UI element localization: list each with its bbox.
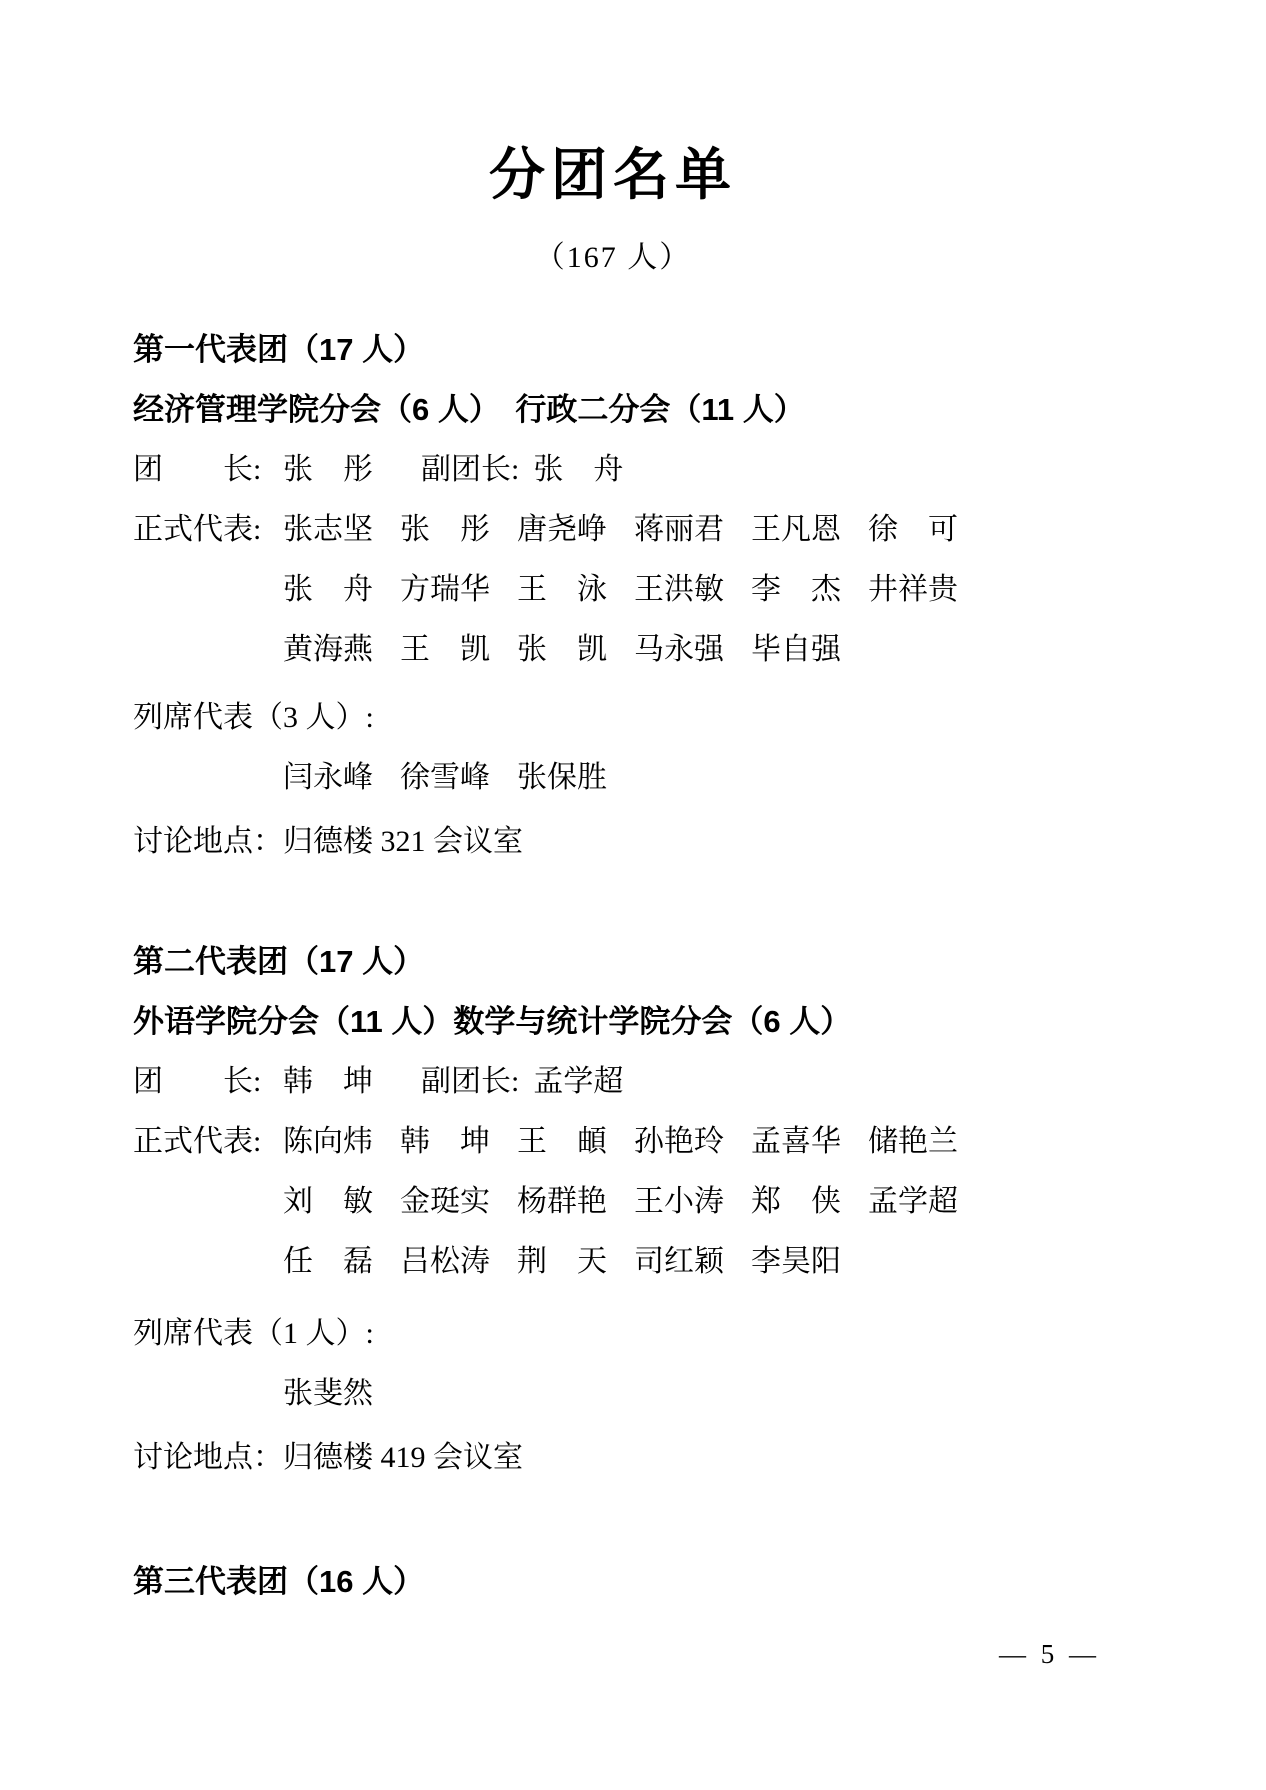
leader-label: 团 长: [133, 1052, 283, 1112]
delegation-1-observer-label: 列席代表（3 人）: [133, 688, 1093, 748]
document-page: 分团名单 （167 人） 第一代表团（17 人） 经济管理学院分会（6 人） 行… [0, 0, 1266, 1790]
location-label: 讨论地点： [133, 812, 283, 872]
delegation-1-location-line: 讨论地点： 归德楼 321 会议室 [133, 812, 1093, 872]
delegate-name: 张 彤 [400, 500, 492, 560]
delegate-name: 刘 敏 [283, 1172, 375, 1232]
name-row: 刘 敏 金珽实 杨群艳 王小涛 郑 侠 孟学超 [283, 1172, 960, 1232]
delegate-name: 蒋丽君 [634, 500, 726, 560]
delegation-2: 第二代表团（17 人） 外语学院分会（11 人）数学与统计学院分会（6 人） 团… [133, 932, 1093, 1488]
name-row: 任 磊 吕松涛 荆 天 司红颖 李昊阳 [283, 1232, 843, 1292]
page-number: — 5 — [999, 1638, 1100, 1670]
delegate-name: 王凡恩 [751, 500, 843, 560]
delegation-1-formal-line-3: 黄海燕 王 凯 张 凯 马永强 毕自强 [283, 620, 1093, 680]
delegate-name: 李昊阳 [751, 1232, 843, 1292]
delegation-2-observer-names: 张斐然 [283, 1364, 1093, 1424]
delegate-name: 张 舟 [283, 560, 375, 620]
name-row: 黄海燕 王 凯 张 凯 马永强 毕自强 [283, 620, 843, 680]
location-label: 讨论地点： [133, 1428, 283, 1488]
name-row: 张志坚 张 彤 唐尧峥 蒋丽君 王凡恩 徐 可 [283, 500, 960, 560]
observer-label-text: 列席代表（1 人）: [133, 1304, 374, 1364]
delegate-name: 杨群艳 [517, 1172, 609, 1232]
deputy-name: 张 舟 [533, 440, 625, 500]
location-value: 归德楼 419 会议室 [283, 1428, 523, 1488]
delegate-name: 吕松涛 [400, 1232, 492, 1292]
delegation-1-leader-line: 团 长: 张 彤 副团长: 张 舟 [133, 440, 1093, 500]
deputy-label: 副团长: [421, 440, 519, 500]
observer-name: 闫永峰 [283, 748, 375, 808]
delegation-2-leader-line: 团 长: 韩 坤 副团长: 孟学超 [133, 1052, 1093, 1112]
delegate-name: 王小涛 [634, 1172, 726, 1232]
delegation-2-subheader: 外语学院分会（11 人）数学与统计学院分会（6 人） [133, 992, 1093, 1052]
deputy-name: 孟学超 [533, 1052, 625, 1112]
delegate-name: 储艳兰 [868, 1112, 960, 1172]
observer-name: 张斐然 [283, 1364, 375, 1424]
delegation-2-formal-line-3: 任 磊 吕松涛 荆 天 司红颖 李昊阳 [283, 1232, 1093, 1292]
page-subtitle: （167 人） [133, 238, 1093, 278]
formal-label: 正式代表: [133, 500, 283, 560]
delegate-name: 金珽实 [400, 1172, 492, 1232]
delegate-name: 方瑞华 [400, 560, 492, 620]
name-row: 张 舟 方瑞华 王 泳 王洪敏 李 杰 井祥贵 [283, 560, 960, 620]
delegate-name: 王 泳 [517, 560, 609, 620]
delegate-name: 孟喜华 [751, 1112, 843, 1172]
observer-name: 徐雪峰 [400, 748, 492, 808]
observer-name: 张保胜 [517, 748, 609, 808]
delegate-name: 司红颖 [634, 1232, 726, 1292]
delegate-name: 郑 侠 [751, 1172, 843, 1232]
delegate-name: 王 凯 [400, 620, 492, 680]
location-value: 归德楼 321 会议室 [283, 812, 523, 872]
delegation-1-header: 第一代表团（17 人） [133, 320, 1093, 380]
delegate-name: 张志坚 [283, 500, 375, 560]
delegate-name: 王洪敏 [634, 560, 726, 620]
delegate-name: 王 頔 [517, 1112, 609, 1172]
delegate-name: 毕自强 [751, 620, 843, 680]
delegate-name: 孟学超 [868, 1172, 960, 1232]
delegate-name: 黄海燕 [283, 620, 375, 680]
delegation-1-formal-line-1: 正式代表: 张志坚 张 彤 唐尧峥 蒋丽君 王凡恩 徐 可 [133, 500, 1093, 560]
delegation-3-header: 第三代表团（16 人） [133, 1552, 1093, 1612]
delegation-2-observer-label: 列席代表（1 人）: [133, 1304, 1093, 1364]
name-row: 闫永峰 徐雪峰 张保胜 [283, 748, 609, 808]
observer-label-text: 列席代表（3 人）: [133, 688, 374, 748]
delegate-name: 马永强 [634, 620, 726, 680]
delegate-name: 张 凯 [517, 620, 609, 680]
page-title: 分团名单 [133, 146, 1093, 206]
delegate-name: 陈向炜 [283, 1112, 375, 1172]
delegation-1-subheader: 经济管理学院分会（6 人） 行政二分会（11 人） [133, 380, 1093, 440]
deputy-label: 副团长: [421, 1052, 519, 1112]
delegation-3: 第三代表团（16 人） [133, 1552, 1093, 1612]
delegate-name: 徐 可 [868, 500, 960, 560]
leader-name: 韩 坤 [283, 1052, 375, 1112]
delegation-1-observer-names: 闫永峰 徐雪峰 张保胜 [283, 748, 1093, 808]
delegation-2-location-line: 讨论地点： 归德楼 419 会议室 [133, 1428, 1093, 1488]
delegation-2-formal-line-1: 正式代表: 陈向炜 韩 坤 王 頔 孙艳玲 孟喜华 储艳兰 [133, 1112, 1093, 1172]
formal-label: 正式代表: [133, 1112, 283, 1172]
delegation-1-formal-line-2: 张 舟 方瑞华 王 泳 王洪敏 李 杰 井祥贵 [283, 560, 1093, 620]
delegate-name: 任 磊 [283, 1232, 375, 1292]
delegation-1: 第一代表团（17 人） 经济管理学院分会（6 人） 行政二分会（11 人） 团 … [133, 320, 1093, 872]
leader-name: 张 彤 [283, 440, 375, 500]
document-content: 分团名单 （167 人） 第一代表团（17 人） 经济管理学院分会（6 人） 行… [133, 0, 1093, 1612]
delegate-name: 荆 天 [517, 1232, 609, 1292]
delegate-name: 井祥贵 [868, 560, 960, 620]
delegate-name: 唐尧峥 [517, 500, 609, 560]
leader-label: 团 长: [133, 440, 283, 500]
name-row: 陈向炜 韩 坤 王 頔 孙艳玲 孟喜华 储艳兰 [283, 1112, 960, 1172]
delegation-2-header: 第二代表团（17 人） [133, 932, 1093, 992]
delegate-name: 韩 坤 [400, 1112, 492, 1172]
delegate-name: 李 杰 [751, 560, 843, 620]
name-row: 张斐然 [283, 1364, 375, 1424]
delegate-name: 孙艳玲 [634, 1112, 726, 1172]
delegation-2-formal-line-2: 刘 敏 金珽实 杨群艳 王小涛 郑 侠 孟学超 [283, 1172, 1093, 1232]
